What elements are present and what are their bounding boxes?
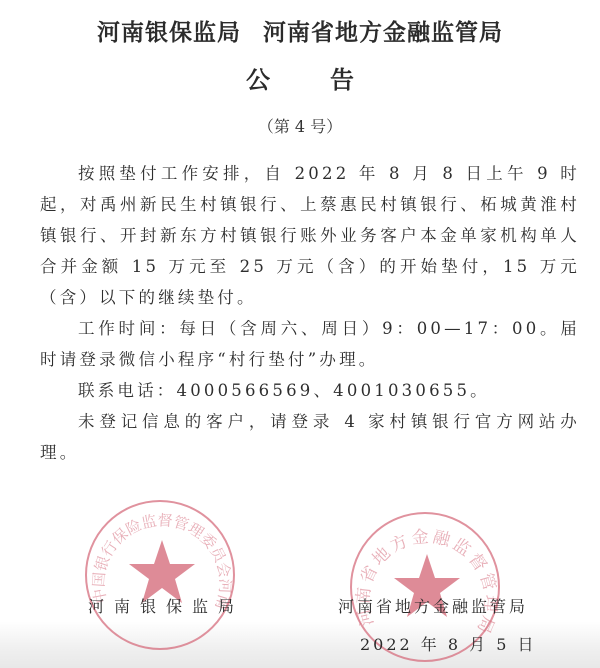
official-seal-left: 中国银行保险监督管理委员会河南监管局 (85, 500, 235, 650)
issuer-right: 河南省地方金融监管局 (263, 20, 503, 46)
announcement-body: 按照垫付工作安排，自 2022 年 8 月 8 日上午 9 时起，对禹州新民生村… (40, 158, 580, 468)
issue-date: 2022 年 8 月 5 日 (360, 632, 537, 655)
paragraph-payment: 按照垫付工作安排，自 2022 年 8 月 8 日上午 9 时起，对禹州新民生村… (40, 158, 580, 313)
paragraph-phone: 联系电话：4000566569、4001030655。 (40, 375, 580, 406)
issuer-left: 河南银保监局 (97, 20, 241, 46)
title-char-2: 告 (330, 66, 354, 94)
document-page: 河南银保监局河南省地方金融监管局 公告 （第 4 号） 按照垫付工作安排，自 2… (0, 0, 600, 668)
announcement-number: （第 4 号） (0, 114, 600, 137)
signature-right: 河南省地方金融监管局 (338, 594, 528, 617)
paragraph-unregistered: 未登记信息的客户，请登录 4 家村镇银行官方网站办理。 (40, 406, 580, 468)
document-title: 公告 (0, 60, 600, 95)
signature-left: 河南银保监局 (88, 594, 244, 617)
paragraph-hours: 工作时间：每日（含周六、周日）9：00—17：00。届时请登录微信小程序“村行垫… (40, 313, 580, 375)
seal-star-icon: 中国银行保险监督管理委员会河南监管局 (87, 502, 237, 652)
document-header: 河南银保监局河南省地方金融监管局 (0, 14, 600, 47)
title-char-1: 公 (246, 66, 270, 94)
